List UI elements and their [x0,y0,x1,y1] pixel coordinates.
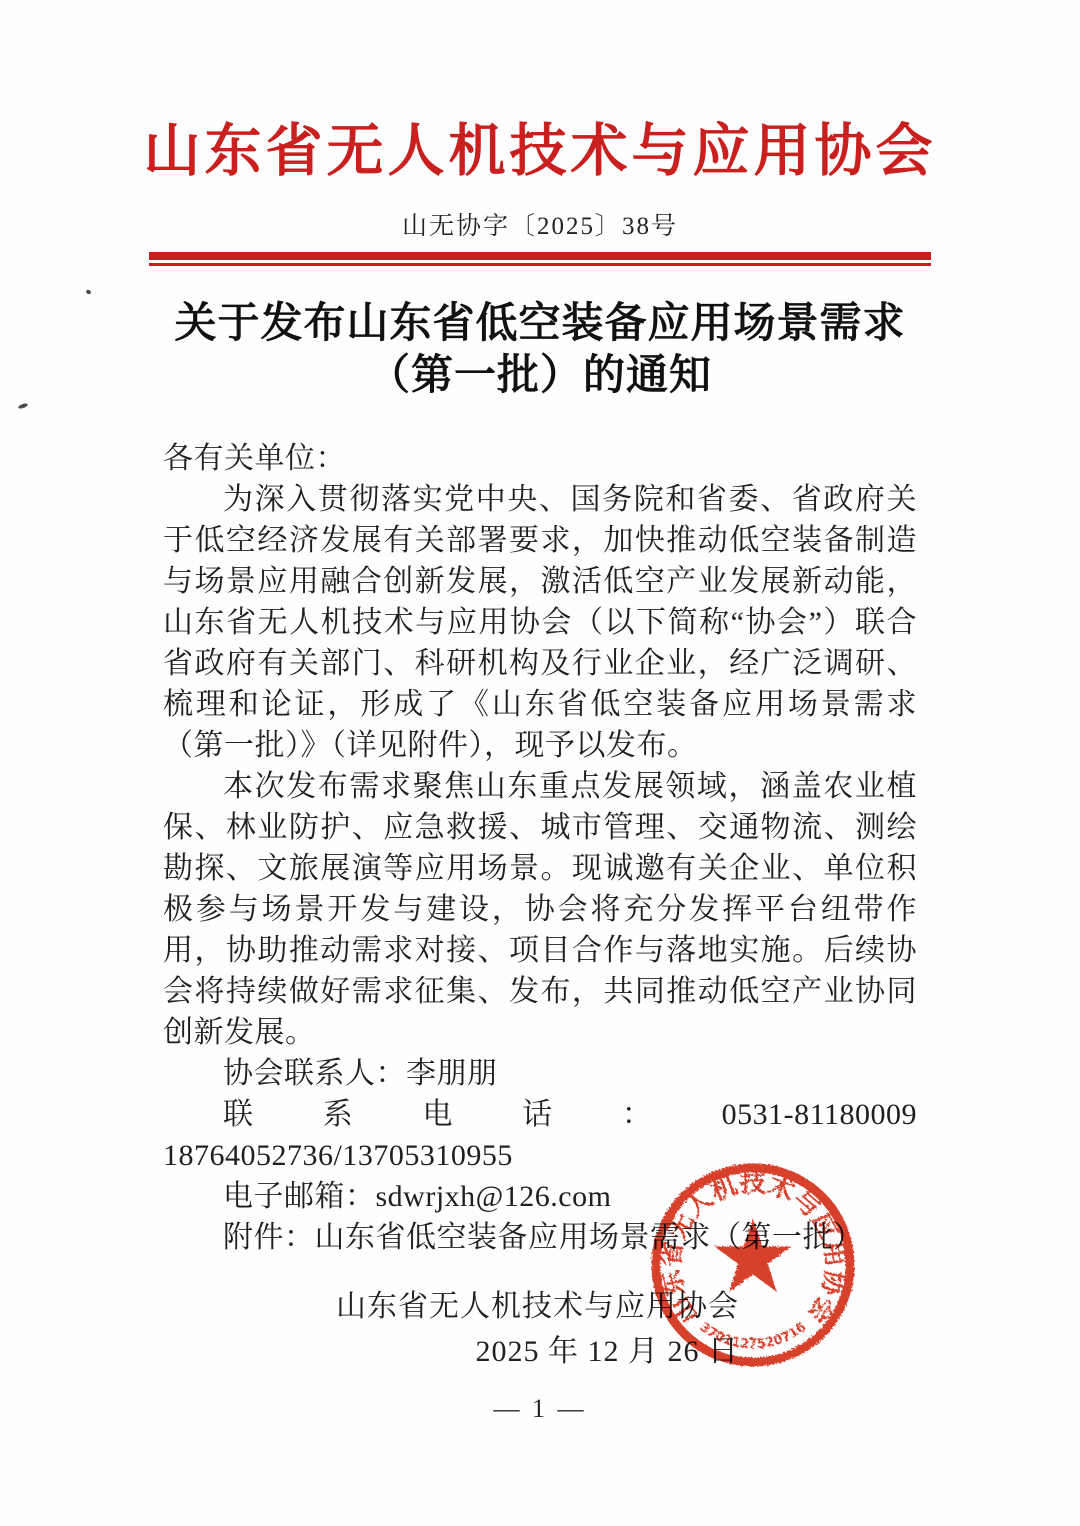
signature-org: 山东省无人机技术与应用协会 [163,1284,739,1329]
attachment-line: 附件：山东省低空装备应用场景需求（第一批） [163,1217,917,1258]
org-header: 山东省无人机技术与应用协会 [70,120,1010,184]
red-divider-thin-line [149,263,931,266]
document-page: 山东省无人机技术与应用协会 山无协字〔2025〕38号 关于发布山东省低空装备应… [0,0,1080,1526]
salutation: 各有关单位： [163,438,917,479]
body-paragraph-2: 本次发布需求聚焦山东重点发展领域，涵盖农业植保、林业防护、应急救援、城市管理、交… [163,766,917,1053]
page-number: — 1 — [0,1394,1080,1424]
contact-email-line: 电子邮箱：sdwrjxh@126.com [163,1176,917,1217]
document-title: 关于发布山东省低空装备应用场景需求 （第一批）的通知 [0,298,1080,402]
scan-speck [18,402,29,409]
document-body: 各有关单位： 为深入贯彻落实党中央、国务院和省委、省政府关于低空经济发展有关部署… [163,438,917,1374]
red-divider [149,252,931,266]
contact-person-line: 协会联系人：李朋朋 [163,1053,917,1094]
scan-speck [85,289,91,295]
doc-number: 山无协字〔2025〕38号 [0,206,1080,242]
signature-block: 山东省无人机技术与应用协会 2025 年 12 月 26 日 [163,1284,917,1374]
contact-phone-line: 联系电话：0531-81180009 18764052736/137053109… [163,1094,917,1176]
red-divider-thick-line [149,252,931,260]
title-line-2: （第一批）的通知 [0,350,1080,402]
title-line-1: 关于发布山东省低空装备应用场景需求 [0,298,1080,350]
body-paragraph-1: 为深入贯彻落实党中央、国务院和省委、省政府关于低空经济发展有关部署要求，加快推动… [163,479,917,766]
signature-date: 2025 年 12 月 26 日 [163,1329,739,1374]
